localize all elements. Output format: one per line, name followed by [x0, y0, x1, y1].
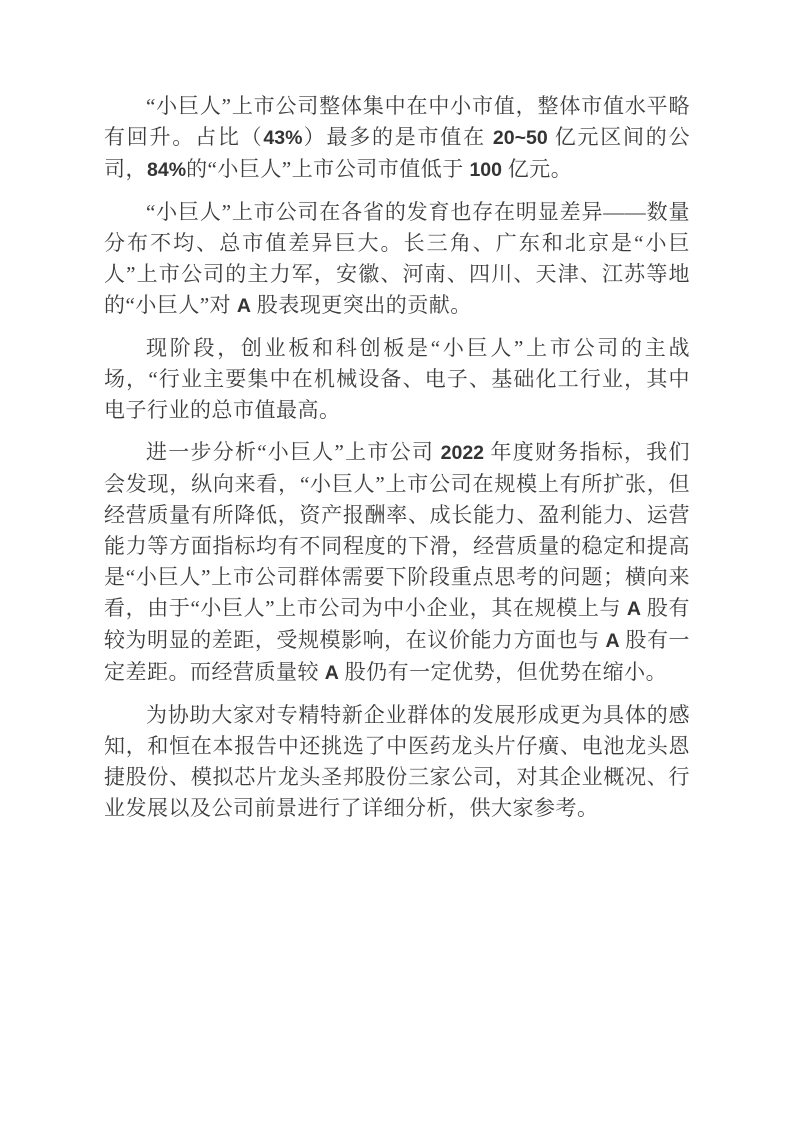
latin-number-run: 2022 — [441, 442, 484, 464]
text-run: 股仍有一定优势，但优势在缩小。 — [339, 660, 667, 684]
text-run: 的“小巨人”上市公司市值低于 — [186, 157, 469, 181]
text-run: 亿元。 — [502, 157, 572, 181]
document-page: “小巨人”上市公司整体集中在中小市值，整体市值水平略有回升。占比（43%）最多的… — [0, 0, 794, 1123]
paragraph: 现阶段，创业板和科创板是“小巨人”上市公司的主战场，“行业主要集中在机械设备、电… — [104, 333, 690, 426]
text-run: 股表现更突出的贡献。 — [251, 293, 472, 317]
paragraph: “小巨人”上市公司在各省的发育也存在明显差异——数量分布不均、总市值差异巨大。长… — [104, 197, 690, 322]
text-run: 现阶段，创业板和科创板是“小巨人”上市公司的主战场，“行业主要集中在机械设备、电… — [104, 336, 690, 422]
paragraph: “小巨人”上市公司整体集中在中小市值，整体市值水平略有回升。占比（43%）最多的… — [104, 91, 690, 186]
latin-number-run: A — [606, 630, 620, 652]
latin-number-run: 20~50 — [493, 127, 548, 149]
latin-number-run: A — [237, 295, 251, 317]
latin-number-run: A — [325, 662, 339, 684]
latin-number-run: 100 — [469, 159, 502, 181]
text-run: 年度财务指标，我们会发现，纵向来看，“小巨人”上市公司在规模上有所扩张，但经营质… — [104, 440, 690, 620]
paragraph: 为协助大家对专精特新企业群体的发展形成更为具体的感知，和恒在本报告中还挑选了中医… — [104, 700, 690, 824]
text-run: 为协助大家对专精特新企业群体的发展形成更为具体的感知，和恒在本报告中还挑选了中医… — [104, 703, 690, 820]
text-run: ）最多的是市值在 — [302, 125, 492, 149]
document-body: “小巨人”上市公司整体集中在中小市值，整体市值水平略有回升。占比（43%）最多的… — [104, 91, 690, 824]
latin-number-run: 84% — [147, 159, 186, 181]
text-run: 进一步分析“小巨人”上市公司 — [146, 440, 441, 464]
paragraph: 进一步分析“小巨人”上市公司 2022 年度财务指标，我们会发现，纵向来看，“小… — [104, 437, 690, 689]
latin-number-run: 43% — [263, 127, 302, 149]
latin-number-run: A — [627, 598, 641, 620]
